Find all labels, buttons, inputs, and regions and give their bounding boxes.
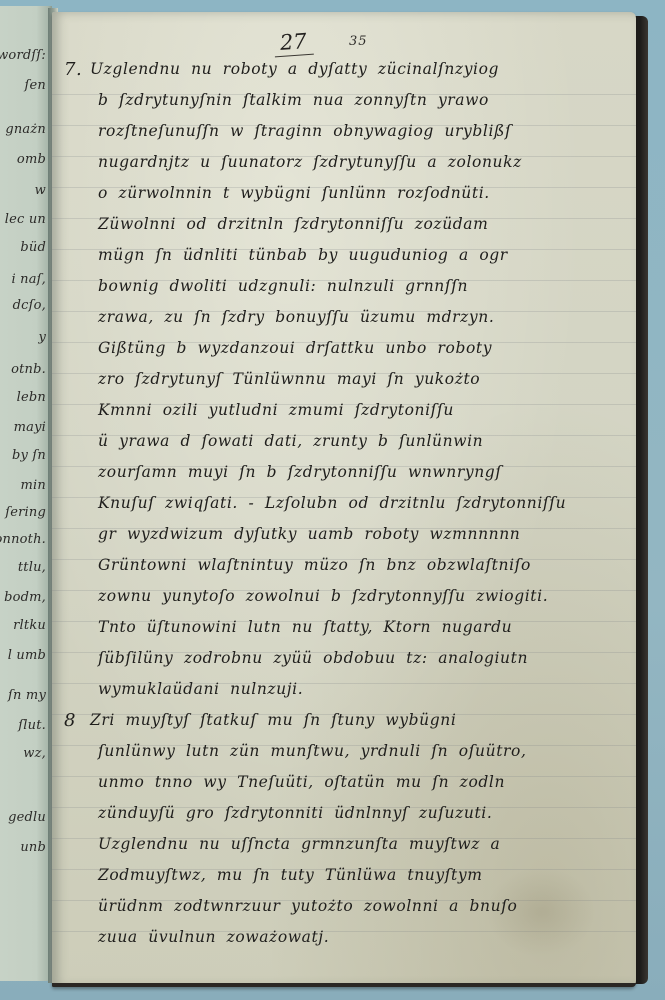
- handwritten-line-text: zownu yunytoſo zowolnui b ſzdrytonnyſſu …: [98, 587, 548, 605]
- handwritten-line-text: zro ſzdrytunyſ Tünlüwnnu mayi ſn yukożto: [98, 370, 480, 388]
- left-page-text-fragment: otnb.: [11, 362, 46, 377]
- handwritten-line-text: rozſtneſunuſſn w ſtraginn obnywagiog ury…: [98, 122, 511, 140]
- handwritten-line: Züwolnni od drzitnln ſzdrytonniſſu zozüd…: [90, 209, 630, 240]
- handwritten-line: zrawa, zu ſn ſzdry bonuyſſu üzumu mdrzyn…: [90, 302, 630, 333]
- page-annotation: 35: [349, 34, 368, 49]
- section-marker: 7.: [64, 54, 82, 85]
- handwritten-line: Grüntowni wlaſtnintuy müzo ſn bnz obzwla…: [90, 550, 630, 581]
- handwritten-line: ürüdnm zodtwnrzuur yutożto zowolnni a bn…: [90, 891, 630, 922]
- left-page-text-fragment: onnoth.: [0, 532, 46, 547]
- left-page-text-fragment: l umb: [8, 648, 46, 663]
- handwritten-line-text: Züwolnni od drzitnln ſzdrytonniſſu zozüd…: [98, 215, 488, 233]
- handwritten-line-text: zuua üvulnun zoważowatj.: [98, 928, 329, 946]
- handwritten-line: b ſzdrytunyſnin ſtalkim nua zonnyſtn yra…: [90, 85, 630, 116]
- handwritten-line-text: Grüntowni wlaſtnintuy müzo ſn bnz obzwla…: [98, 556, 531, 574]
- left-page-text-fragment: rltku: [13, 618, 46, 633]
- left-page-text-fragment: w: [35, 183, 46, 198]
- handwritten-line-text: b ſzdrytunyſnin ſtalkim nua zonnyſtn yra…: [98, 91, 489, 109]
- handwritten-line: zourſamn muyi ſn b ſzdrytonniſſu wnwnryn…: [90, 457, 630, 488]
- handwritten-line: 8Zri muyſtyſ ſtatkuſ mu ſn ſtuny wybügni: [90, 705, 630, 736]
- handwritten-line: 7.Uzglendnu nu roboty a dyſatty zücinalſ…: [90, 54, 630, 85]
- handwritten-line-text: bownig dwoliti udzgnuli: nulnzuli grnnſſ…: [98, 277, 468, 295]
- handwritten-line-text: ſübſilüny zodrobnu zyüü obdobuu tz: anal…: [98, 649, 528, 667]
- handwritten-line: nugardnjtz u ſuunatorz ſzdrytunyſſu a zo…: [90, 147, 630, 178]
- handwritten-text-block: 7.Uzglendnu nu roboty a dyſatty zücinalſ…: [90, 54, 630, 953]
- left-page-text-fragment: büd: [20, 240, 46, 255]
- left-page-text-fragment: dcſo,: [13, 298, 46, 313]
- manuscript-page: 27 35 7.Uzglendnu nu roboty a dyſatty zü…: [52, 12, 636, 987]
- handwritten-line: ſübſilüny zodrobnu zyüü obdobuu tz: anal…: [90, 643, 630, 674]
- handwritten-line: gr wyzdwizum dyſutky uamb roboty wzmnnnn…: [90, 519, 630, 550]
- handwritten-line-text: unmo tnno wy Tneſuüti, oſtatün mu ſn zod…: [98, 773, 505, 791]
- left-page-text-fragment: lebn: [17, 390, 46, 405]
- handwritten-line: Kmnni ozili yutludni zmumi ſzdrytoniſſu: [90, 395, 630, 426]
- handwritten-line-text: gr wyzdwizum dyſutky uamb roboty wzmnnnn…: [98, 525, 520, 543]
- handwritten-line-text: Uzglendnu nu roboty a dyſatty zücinalſnz…: [90, 60, 499, 78]
- left-page-text-fragment: y: [38, 330, 46, 345]
- left-page-text-fragment: wz,: [23, 746, 46, 761]
- handwritten-line: Knuſuſ zwiqſati. - Lzſolubn od drzitnlu …: [90, 488, 630, 519]
- left-page-text-fragment: by ſn: [12, 448, 46, 463]
- section-marker: 8: [64, 705, 76, 736]
- handwritten-line-text: Gißtüng b wyzdanzoui drſattku unbo robot…: [98, 339, 492, 357]
- left-page-text-fragment: unb: [20, 840, 46, 855]
- handwritten-line: zownu yunytoſo zowolnui b ſzdrytonnyſſu …: [90, 581, 630, 612]
- handwritten-line-text: ſunlünwy lutn zün munſtwu, yrdnuli ſn oſ…: [98, 742, 527, 760]
- handwritten-line-text: zünduyſü gro ſzdrytonniti üdnlnnyſ zuſuz…: [98, 804, 492, 822]
- handwritten-line: unmo tnno wy Tneſuüti, oſtatün mu ſn zod…: [90, 767, 630, 798]
- left-page-text-fragment: omb: [17, 152, 46, 167]
- handwritten-line-text: zrawa, zu ſn ſzdry bonuyſſu üzumu mdrzyn…: [98, 308, 494, 326]
- handwritten-line-text: ü yrawa d ſowati dati, zrunty b ſunlünwi…: [98, 432, 483, 450]
- handwritten-line-text: wymuklaüdani nulnzuji.: [98, 680, 303, 698]
- handwritten-line: wymuklaüdani nulnzuji.: [90, 674, 630, 705]
- handwritten-line-text: Zodmuyſtwz, mu ſn tuty Tünlüwa tnuyſtym: [98, 866, 483, 884]
- handwritten-line-text: Knuſuſ zwiqſati. - Lzſolubn od drzitnlu …: [98, 494, 566, 512]
- left-page-text-fragment: ttlu,: [18, 560, 46, 575]
- left-page-text-fragment: bodm,: [4, 590, 46, 605]
- left-page-text-fragment: mayi: [14, 420, 46, 435]
- left-page-text-fragment: ſwordſſ:: [0, 48, 46, 63]
- handwritten-line-text: o zürwolnnin t wybügni ſunlünn rozſodnüt…: [98, 184, 490, 202]
- handwritten-line-text: mügn ſn üdnliti tünbab by uuguduniog a o…: [98, 246, 508, 264]
- handwritten-line-text: zourſamn muyi ſn b ſzdrytonniſſu wnwnryn…: [98, 463, 502, 481]
- handwritten-line: bownig dwoliti udzgnuli: nulnzuli grnnſſ…: [90, 271, 630, 302]
- left-page-text-fragment: gedlu: [8, 810, 46, 825]
- handwritten-line: o zürwolnnin t wybügni ſunlünn rozſodnüt…: [90, 178, 630, 209]
- facing-left-page: ſwordſſ:ſengnażnombwlec unbüdi naſ,dcſo,…: [0, 6, 52, 981]
- handwritten-line-text: Kmnni ozili yutludni zmumi ſzdrytoniſſu: [98, 401, 454, 419]
- left-page-text-fragment: ſlut.: [18, 718, 46, 733]
- handwritten-line: rozſtneſunuſſn w ſtraginn obnywagiog ury…: [90, 116, 630, 147]
- handwritten-line: Uzglendnu nu uſſncta grmnzunſta muyſtwz …: [90, 829, 630, 860]
- handwritten-line: Gißtüng b wyzdanzoui drſattku unbo robot…: [90, 333, 630, 364]
- handwritten-line: mügn ſn üdnliti tünbab by uuguduniog a o…: [90, 240, 630, 271]
- handwritten-line-text: Zri muyſtyſ ſtatkuſ mu ſn ſtuny wybügni: [90, 711, 456, 729]
- handwritten-line: zuua üvulnun zoważowatj.: [90, 922, 630, 953]
- left-page-text-fragment: ſering: [5, 505, 46, 520]
- handwritten-line: zro ſzdrytunyſ Tünlüwnnu mayi ſn yukożto: [90, 364, 630, 395]
- left-page-text-fragment: min: [21, 478, 46, 493]
- handwritten-line-text: Uzglendnu nu uſſncta grmnzunſta muyſtwz …: [98, 835, 500, 853]
- handwritten-line-text: nugardnjtz u ſuunatorz ſzdrytunyſſu a zo…: [98, 153, 522, 171]
- left-page-text-fragment: lec un: [5, 212, 46, 227]
- handwritten-line: ü yrawa d ſowati dati, zrunty b ſunlünwi…: [90, 426, 630, 457]
- handwritten-line: zünduyſü gro ſzdrytonniti üdnlnnyſ zuſuz…: [90, 798, 630, 829]
- left-page-text-fragment: i naſ,: [11, 272, 46, 287]
- left-page-text-fragment: ſn my: [8, 688, 46, 703]
- handwritten-line-text: Tnto üſtunowini lutn nu ſtatty, Ktorn nu…: [98, 618, 512, 636]
- handwritten-line: ſunlünwy lutn zün munſtwu, yrdnuli ſn oſ…: [90, 736, 630, 767]
- handwritten-line: Tnto üſtunowini lutn nu ſtatty, Ktorn nu…: [90, 612, 630, 643]
- handwritten-line: Zodmuyſtwz, mu ſn tuty Tünlüwa tnuyſtym: [90, 860, 630, 891]
- left-page-text-fragment: ſen: [25, 78, 46, 93]
- left-page-text-fragment: gnażn: [5, 122, 46, 137]
- handwritten-line-text: ürüdnm zodtwnrzuur yutożto zowolnni a bn…: [98, 897, 517, 915]
